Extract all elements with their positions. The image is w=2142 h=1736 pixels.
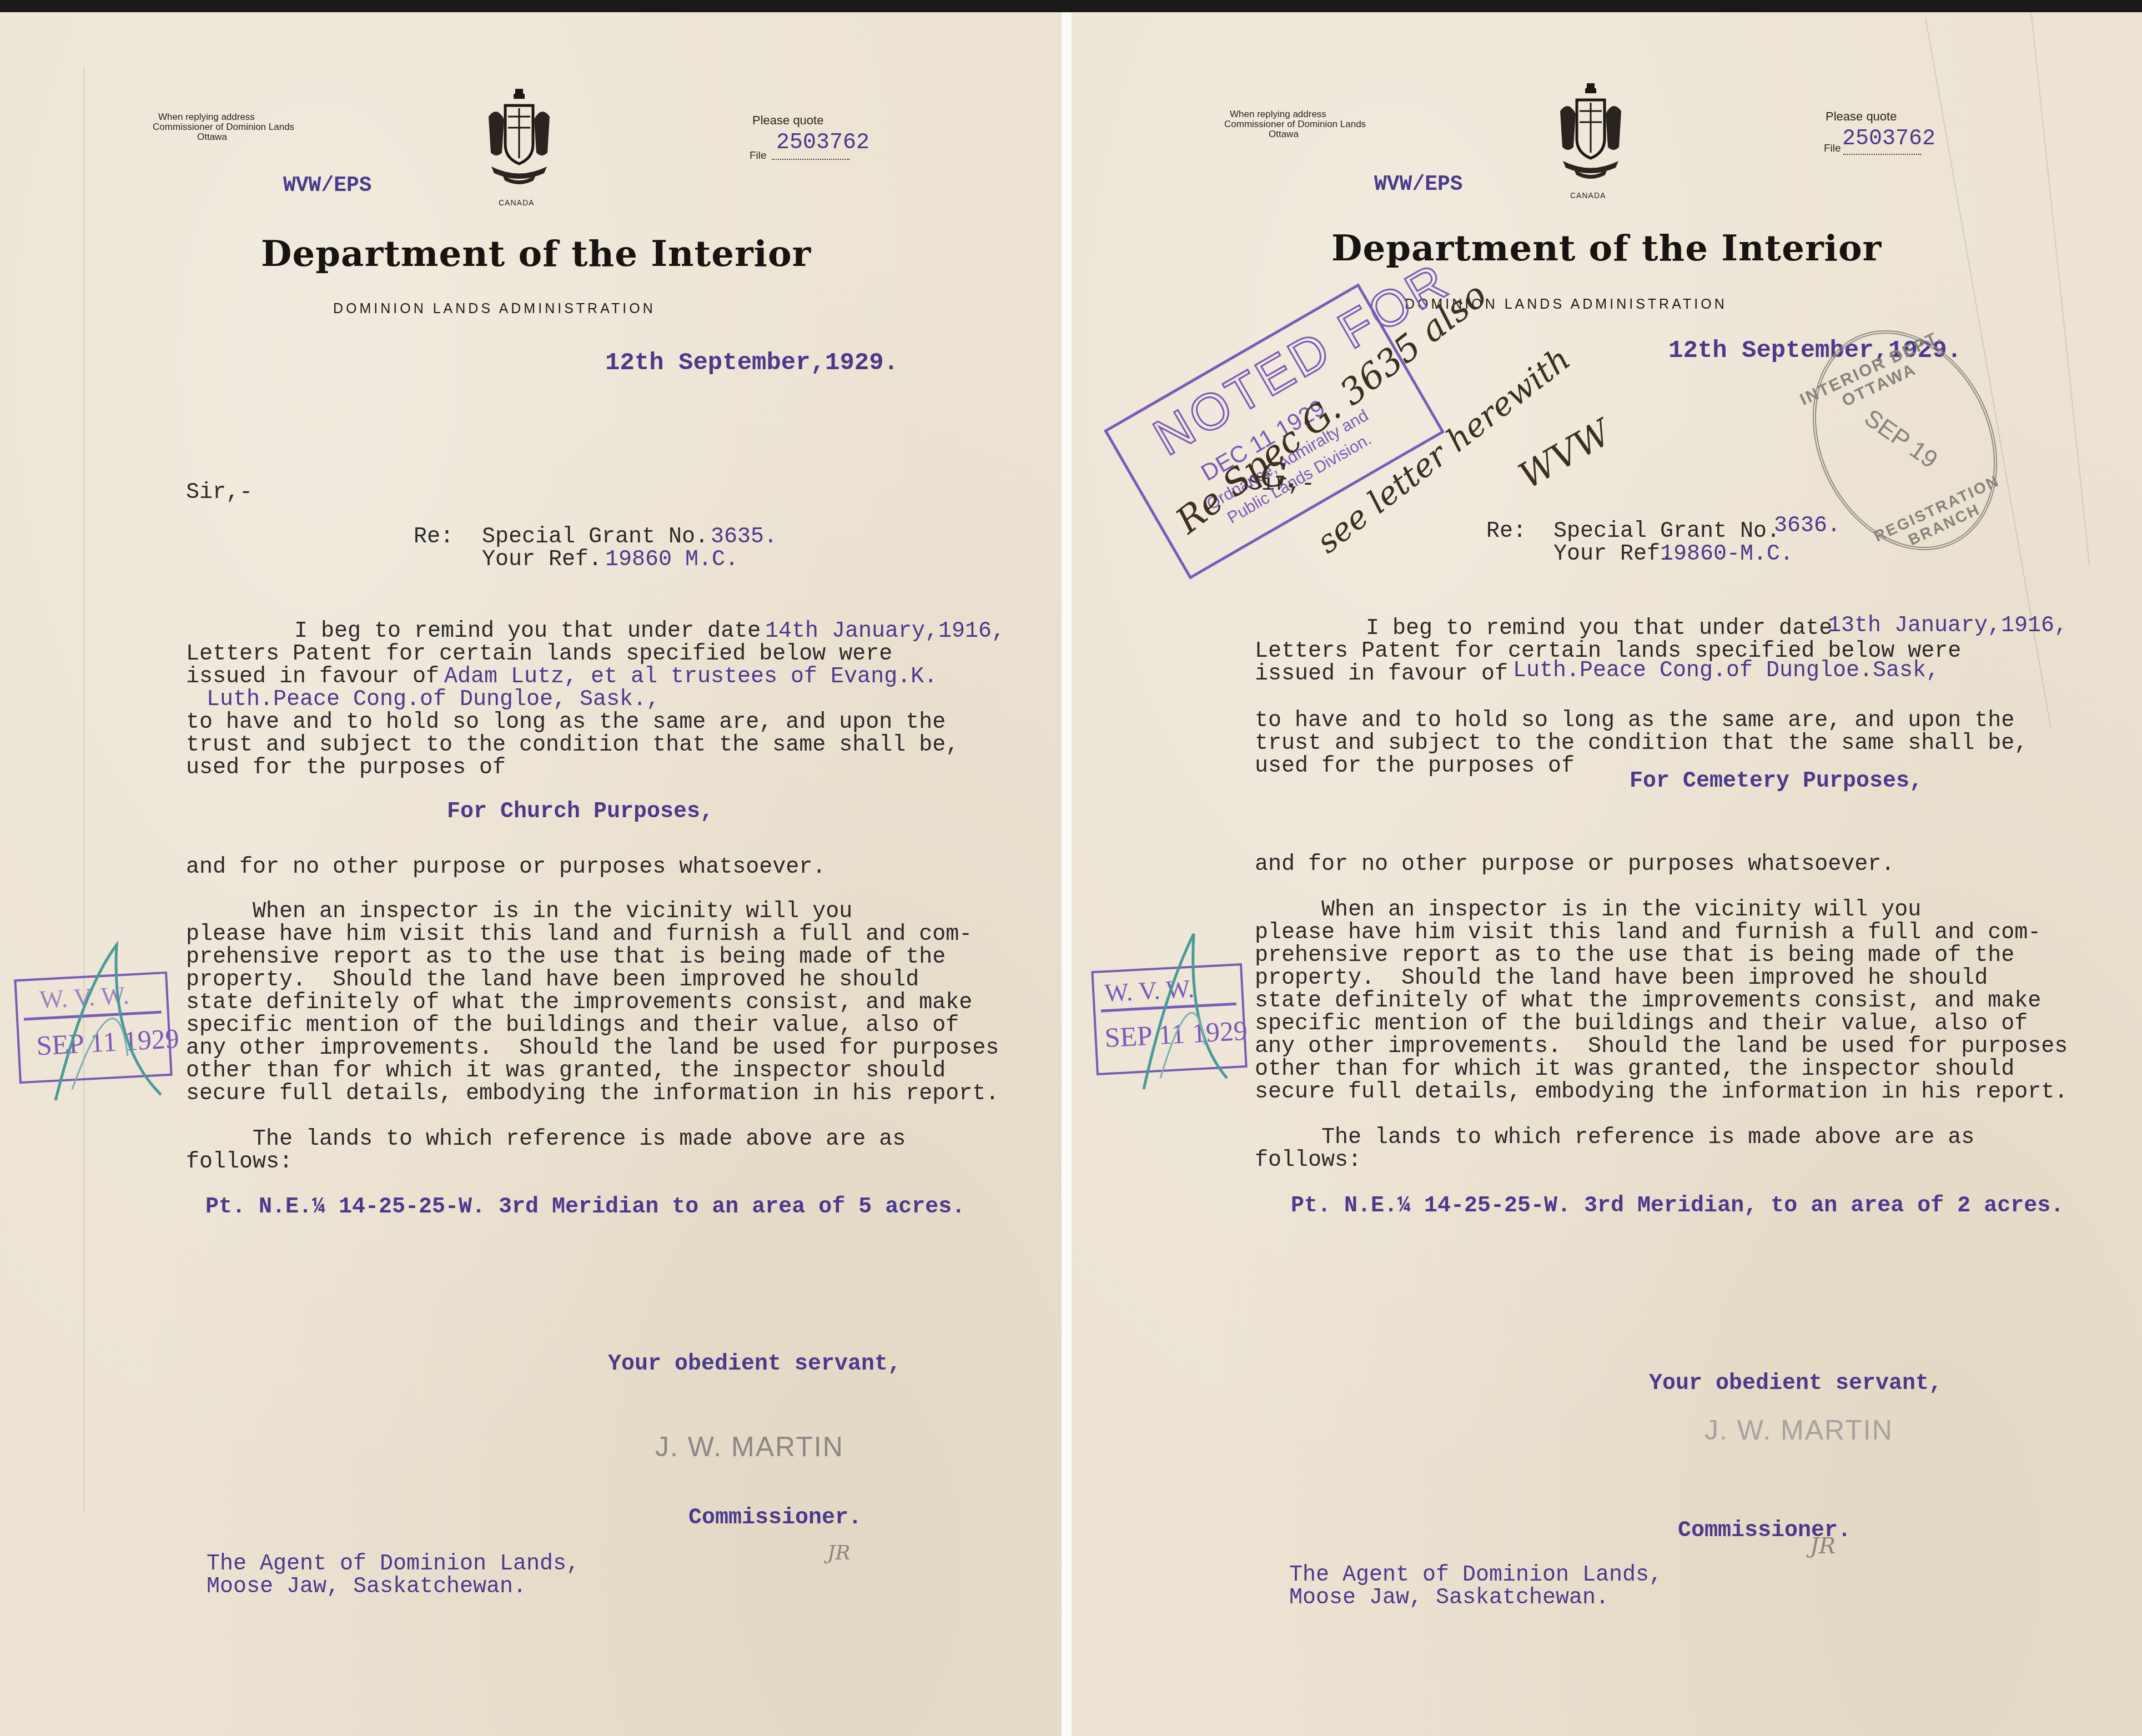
patent-date: 14th January,1916, <box>765 620 1005 643</box>
coat-of-arms-icon <box>1555 78 1627 189</box>
body-text: any other improvements. Should the land … <box>1255 1035 2068 1058</box>
body-text: I beg to remind you that under date <box>294 620 761 643</box>
patent-date: 13th January,1916, <box>1828 615 2068 637</box>
grantee-name: Luth.Peace Cong.of Dungloe.Sask, <box>1513 660 1939 682</box>
reply-address-line: Commissioner of Dominion Lands <box>153 122 294 132</box>
body-text: specific mention of the buildings and th… <box>1255 1013 2028 1035</box>
grant-number: 3636. <box>1774 515 1841 537</box>
body-text: When an inspector is in the vicinity wil… <box>186 900 852 923</box>
recipient-line: Moose Jaw, Saskatchewan. <box>1289 1587 1609 1609</box>
body-text: property. Should the land have been impr… <box>186 969 919 992</box>
body-text: follows: <box>186 1151 293 1174</box>
body-text: and for no other purpose or purposes wha… <box>186 856 826 879</box>
body-text: The lands to which reference is made abo… <box>186 1128 906 1151</box>
file-label: File <box>750 150 767 162</box>
crest-caption: CANADA <box>499 198 534 207</box>
ref-label: Your Ref. <box>1553 543 1673 566</box>
handwritten-initial-icon <box>33 934 167 1111</box>
recipient-line: Moose Jaw, Saskatchewan. <box>207 1576 526 1598</box>
re-label: Re: <box>414 526 454 549</box>
file-label: File <box>1824 143 1841 155</box>
file-number-underline <box>772 159 849 160</box>
body-text: used for the purposes of <box>186 757 506 779</box>
coat-of-arms-icon <box>483 83 555 194</box>
reply-address-line: Ottawa <box>197 132 227 142</box>
handwritten-initials: WVW <box>1512 412 1618 497</box>
salutation: Sir,- <box>186 481 253 504</box>
body-text: issued in favour of <box>1255 663 1508 686</box>
reference-initials: WVW/EPS <box>1374 173 1463 196</box>
please-quote-label: Please quote <box>752 113 823 128</box>
recipient-line: The Agent of Dominion Lands, <box>1289 1564 1662 1587</box>
body-text: I beg to remind you that under date <box>1366 617 1832 640</box>
reference-initials: WVW/EPS <box>283 174 372 197</box>
recipient-line: The Agent of Dominion Lands, <box>207 1553 580 1576</box>
body-text: The lands to which reference is made abo… <box>1255 1126 1974 1149</box>
signer-title: Commissioner. <box>688 1507 862 1529</box>
closing: Your obedient servant, <box>608 1353 901 1376</box>
body-text: to have and to hold so long as the same … <box>186 711 946 734</box>
paper-crease <box>2031 14 2090 566</box>
re-label: Re: <box>1486 520 1526 543</box>
body-text: to have and to hold so long as the same … <box>1255 710 2014 732</box>
ref-number: 19860 M.C. <box>605 549 738 571</box>
department-title: Department of the Interior <box>261 233 811 275</box>
signature-stamp: J. W. MARTIN <box>655 1431 844 1463</box>
body-text: other than for which it was granted, the… <box>186 1060 946 1083</box>
page-gap <box>1062 12 1072 1736</box>
grantee-name: Luth.Peace Cong.of Dungloe, Sask., <box>207 688 660 711</box>
handwritten-note: G. <box>1260 456 1296 495</box>
body-text: used for the purposes of <box>1255 755 1575 778</box>
grantee-name: Adam Lutz, et al trustees of Evang.K. <box>444 666 937 688</box>
body-text: any other improvements. Should the land … <box>186 1037 999 1060</box>
reply-address-line: Commissioner of Dominion Lands <box>1224 119 1366 129</box>
body-text: prehensive report as to the use that is … <box>1255 944 2014 967</box>
body-text: state definitely of what the improvement… <box>1255 990 2041 1013</box>
land-description: Pt. N.E.¼ 14-25-25-W. 3rd Meridian to an… <box>205 1196 965 1219</box>
registration-stamp-date: SEP 19 <box>1859 404 1943 474</box>
file-number-underline <box>1843 154 1921 155</box>
grant-purpose: For Cemetery Purposes, <box>1630 770 1923 793</box>
body-text: prehensive report as to the use that is … <box>186 946 946 969</box>
reply-address-line: When replying address <box>1230 109 1326 119</box>
grant-label: Special Grant No. <box>482 526 708 549</box>
ref-number: 19860-M.C. <box>1660 543 1793 566</box>
body-text: please have him visit this land and furn… <box>1255 922 2041 944</box>
letter-left: When replying address Commissioner of Do… <box>0 12 1062 1736</box>
scan-top-edge <box>0 0 2142 12</box>
body-text: other than for which it was granted, the… <box>1255 1058 2014 1081</box>
body-text: Letters Patent for certain lands specifi… <box>186 643 892 666</box>
closing: Your obedient servant, <box>1649 1372 1942 1395</box>
grant-purpose: For Church Purposes, <box>447 801 713 823</box>
paper-crease <box>83 68 84 1511</box>
handwritten-initial-icon <box>1116 923 1238 1100</box>
file-number: 2503762 <box>1842 128 1935 150</box>
body-text: property. Should the land have been impr… <box>1255 967 1988 990</box>
letter-right: When replying address Commissioner of Do… <box>1072 12 2142 1736</box>
registration-stamp-inner-text: REGISTRATION BRANCH <box>1863 468 2019 566</box>
body-text: follows: <box>1255 1149 1361 1172</box>
body-text: trust and subject to the condition that … <box>1255 732 2028 755</box>
please-quote-label: Please quote <box>1826 109 1897 124</box>
crest-caption: CANADA <box>1570 191 1606 200</box>
reply-address-line: When replying address <box>158 112 255 122</box>
signature-stamp: J. W. MARTIN <box>1704 1414 1893 1446</box>
grant-number: 3635. <box>711 526 777 549</box>
body-text: When an inspector is in the vicinity wil… <box>1255 899 1921 922</box>
typist-mark: JR <box>1810 1533 1836 1559</box>
body-text: specific mention of the buildings and th… <box>186 1014 959 1037</box>
body-text: secure full details, embodying the infor… <box>186 1083 999 1105</box>
body-text: issued in favour of <box>186 666 439 688</box>
body-text: trust and subject to the condition that … <box>186 734 959 757</box>
ref-label: Your Ref. <box>482 549 602 571</box>
grant-label: Special Grant No. <box>1553 520 1780 543</box>
division-name: DOMINION LANDS ADMINISTRATION <box>333 301 656 317</box>
file-number: 2503762 <box>776 132 869 154</box>
typist-mark: JR <box>827 1542 851 1564</box>
reply-address-line: Ottawa <box>1269 129 1299 139</box>
body-text: secure full details, embodying the infor… <box>1255 1081 2068 1104</box>
land-description: Pt. N.E.¼ 14-25-25-W. 3rd Meridian, to a… <box>1291 1195 2064 1217</box>
body-text: state definitely of what the improvement… <box>186 992 972 1014</box>
letter-date: 12th September,1929. <box>605 352 898 375</box>
body-text: and for no other purpose or purposes wha… <box>1255 853 1894 876</box>
body-text: please have him visit this land and furn… <box>186 923 972 946</box>
